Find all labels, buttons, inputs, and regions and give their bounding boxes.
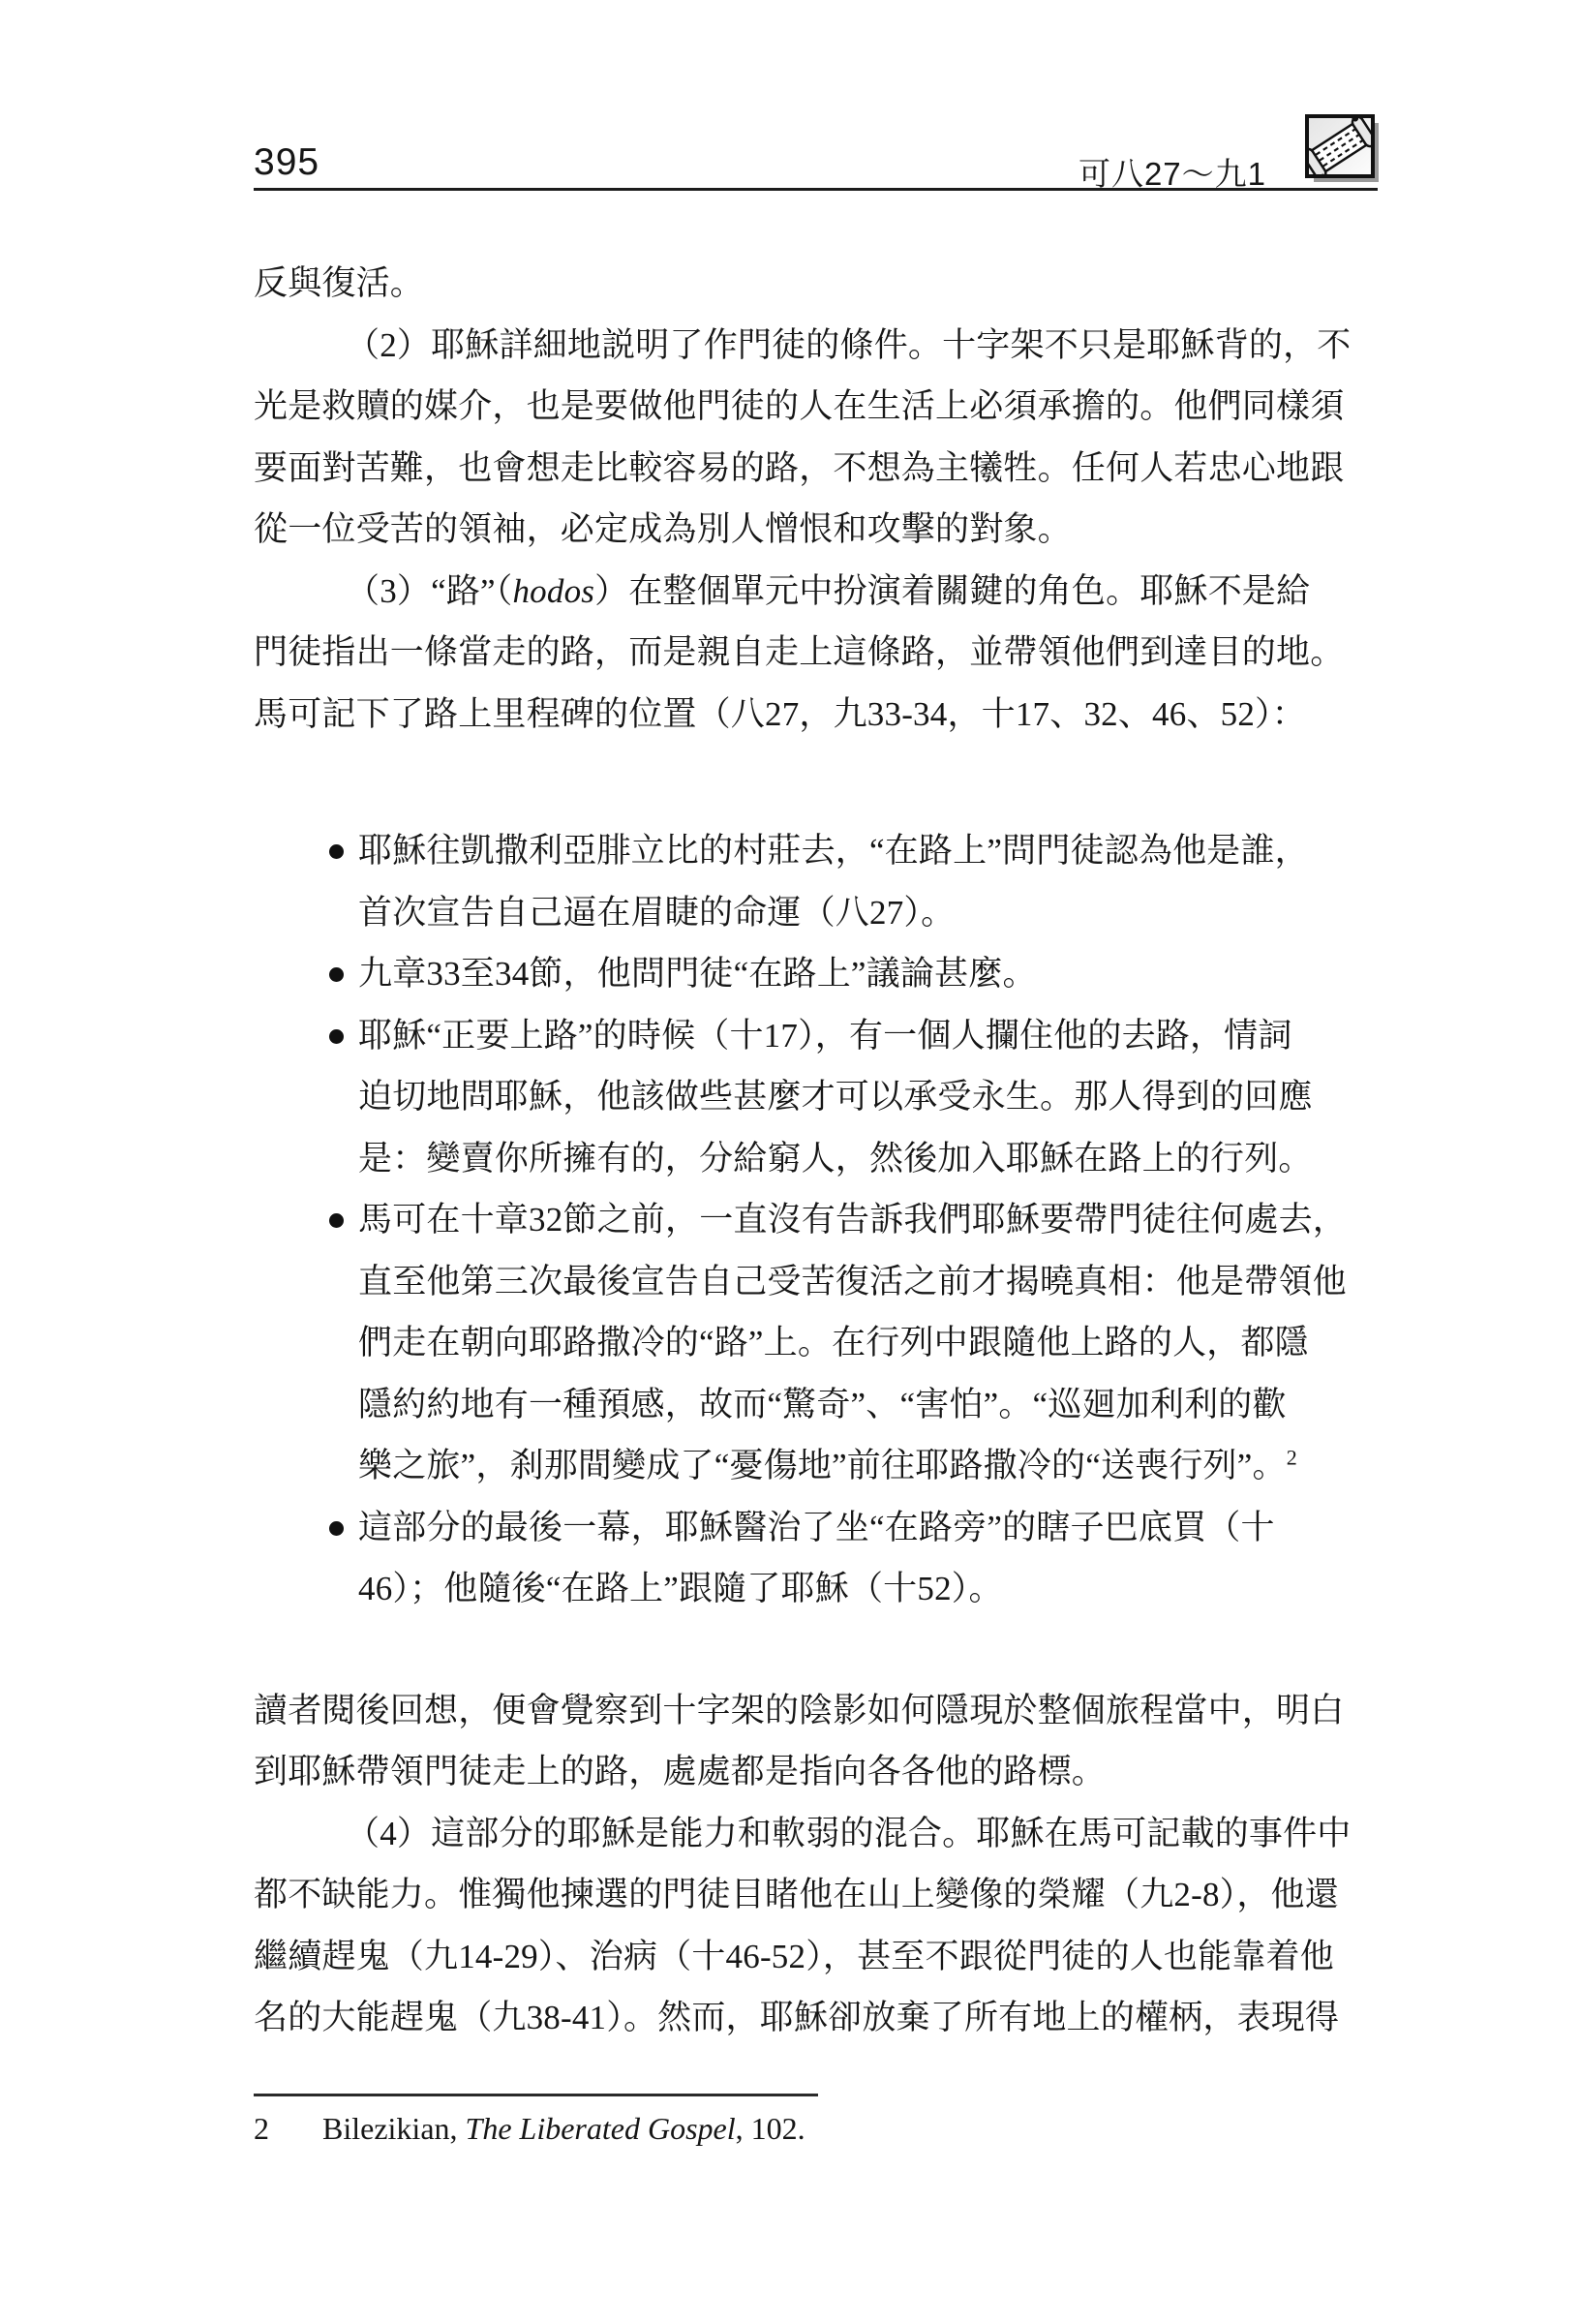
book-page: 395 可八27～九1	[0, 0, 1580, 2324]
emphasis-text: （3）“路”（	[346, 572, 512, 610]
text-line: 迫切地問耶穌，他該做些甚麼才可以承受永生。那人得到的回應	[358, 1066, 1386, 1128]
text-line: （4）這部分的耶穌是能力和軟弱的混合。耶穌在馬可記載的事件中	[254, 1803, 1386, 1865]
emphasis-text: The Liberated Gospel	[466, 2111, 736, 2146]
body-text: 反與復活。（2）耶穌詳細地説明了作門徒的條件。十字架不只是耶穌背的，不光是救贖的…	[254, 253, 1386, 2049]
text-line: 耶穌“正要上路”的時候（十17），有一個人攔住他的去路，情詞	[358, 1005, 1386, 1067]
bullet-dot-icon	[329, 844, 344, 859]
bullet-dot-icon	[329, 1521, 344, 1536]
text-line: 這部分的最後一幕，耶穌醫治了坐“在路旁”的瞎子巴底買（十	[358, 1497, 1386, 1559]
text-line: 首次宣告自己逼在眉睫的命運（八27）。	[358, 882, 1386, 944]
emphasis-text: 樂之旅”，刹那間變成了“憂傷地”前往耶路撒冷的“送喪行列”。	[358, 1447, 1287, 1484]
text-line: 們走在朝向耶路撒冷的“路”上。在行列中跟隨他上路的人，都隱	[358, 1312, 1386, 1374]
footnote-number: 2	[254, 2109, 322, 2148]
text-line: 名的大能趕鬼（九38-41）。然而，耶穌卻放棄了所有地上的權柄，表現得	[254, 1987, 1386, 2049]
footnote-ref: 2	[1287, 1445, 1297, 1469]
bullet-dot-icon	[329, 1213, 344, 1228]
emphasis-text: hodos	[512, 572, 594, 610]
text-line: （3）“路”（hodos）在整個單元中扮演着關鍵的角色。耶穌不是給	[254, 561, 1386, 623]
paragraph: 讀者閱後回想，便會覺察到十字架的陰影如何隱現於整個旅程當中，明白到耶穌帶領門徒走…	[254, 1680, 1386, 1803]
bullet-list: 耶穌往凱撒利亞腓立比的村莊去，“在路上”問門徒認為他是誰，首次宣告自己逼在眉睫的…	[254, 820, 1386, 1620]
scroll-icon	[1305, 114, 1384, 193]
text-line: 耶穌往凱撒利亞腓立比的村莊去，“在路上”問門徒認為他是誰，	[358, 820, 1386, 882]
text-line: 是：變賣你所擁有的，分給窮人，然後加入耶穌在路上的行列。	[358, 1128, 1386, 1190]
page-number: 395	[254, 141, 319, 184]
text-line: 46）；他隨後“在路上”跟隨了耶穌（十52）。	[358, 1558, 1386, 1620]
text-line: 馬可在十章32節之前，一直沒有告訴我們耶穌要帶門徒往何處去，	[358, 1189, 1386, 1251]
text-line: 讀者閱後回想，便會覺察到十字架的陰影如何隱現於整個旅程當中，明白	[254, 1680, 1386, 1742]
text-line: 繼續趕鬼（九14-29）、治病（十46-52），甚至不跟從門徒的人也能靠着他	[254, 1926, 1386, 1988]
text-line: 光是救贖的媒介，也是要做他門徒的人在生活上必須承擔的。他們同樣須	[254, 376, 1386, 438]
text-line: 九章33至34節，他問門徒“在路上”議論甚麼。	[358, 943, 1386, 1005]
bullet-item: 耶穌往凱撒利亞腓立比的村莊去，“在路上”問門徒認為他是誰，首次宣告自己逼在眉睫的…	[254, 820, 1386, 943]
footnote: 2Bilezikian, The Liberated Gospel, 102.	[254, 2109, 1386, 2148]
text-line: 要面對苦難，也會想走比較容易的路，不想為主犧牲。任何人若忠心地跟	[254, 438, 1386, 500]
text-line: 隱約約地有一種預感，故而“驚奇”、“害怕”。“巡廻加利利的歡	[358, 1374, 1386, 1436]
emphasis-text: ）在整個單元中扮演着關鍵的角色。耶穌不是給	[594, 572, 1310, 610]
text-line: 樂之旅”，刹那間變成了“憂傷地”前往耶路撒冷的“送喪行列”。2	[358, 1435, 1386, 1497]
paragraph: （4）這部分的耶穌是能力和軟弱的混合。耶穌在馬可記載的事件中都不缺能力。惟獨他揀…	[254, 1803, 1386, 2049]
bullet-dot-icon	[329, 967, 344, 982]
bullet-item: 馬可在十章32節之前，一直沒有告訴我們耶穌要帶門徒往何處去，直至他第三次最後宣告…	[254, 1189, 1386, 1497]
emphasis-text: Bilezikian,	[322, 2111, 466, 2146]
bullet-dot-icon	[329, 1029, 344, 1044]
text-line: 直至他第三次最後宣告自己受苦復活之前才揭曉真相：他是帶領他	[358, 1251, 1386, 1313]
header-rule	[254, 188, 1378, 191]
text-line: 都不缺能力。惟獨他揀選的門徒目睹他在山上變像的榮耀（九2-8），他還	[254, 1864, 1386, 1926]
text-line: 從一位受苦的領袖，必定成為別人憎恨和攻擊的對象。	[254, 499, 1386, 561]
bullet-item: 這部分的最後一幕，耶穌醫治了坐“在路旁”的瞎子巴底買（十46）；他隨後“在路上”…	[254, 1497, 1386, 1620]
text-line: 反與復活。	[254, 253, 1386, 315]
text-line: 馬可記下了路上里程碑的位置（八27，九33-34，十17、32、46、52）：	[254, 684, 1386, 746]
text-line: （2）耶穌詳細地説明了作門徒的條件。十字架不只是耶穌背的，不	[254, 315, 1386, 377]
bullet-item: 九章33至34節，他問門徒“在路上”議論甚麼。	[254, 943, 1386, 1005]
bullet-item: 耶穌“正要上路”的時候（十17），有一個人攔住他的去路，情詞迫切地問耶穌，他該做…	[254, 1005, 1386, 1190]
paragraph: （2）耶穌詳細地説明了作門徒的條件。十字架不只是耶穌背的，不光是救贖的媒介，也是…	[254, 315, 1386, 561]
paragraph: （3）“路”（hodos）在整個單元中扮演着關鍵的角色。耶穌不是給門徒指出一條當…	[254, 561, 1386, 746]
emphasis-text: , 102.	[736, 2111, 805, 2146]
footnote-text: Bilezikian, The Liberated Gospel, 102.	[322, 2111, 805, 2146]
footnote-divider	[254, 2094, 818, 2096]
paragraph: 反與復活。	[254, 253, 1386, 315]
text-line: 門徒指出一條當走的路，而是親自走上這條路，並帶領他們到達目的地。	[254, 622, 1386, 684]
text-line: 到耶穌帶領門徒走上的路，處處都是指向各各他的路標。	[254, 1741, 1386, 1803]
